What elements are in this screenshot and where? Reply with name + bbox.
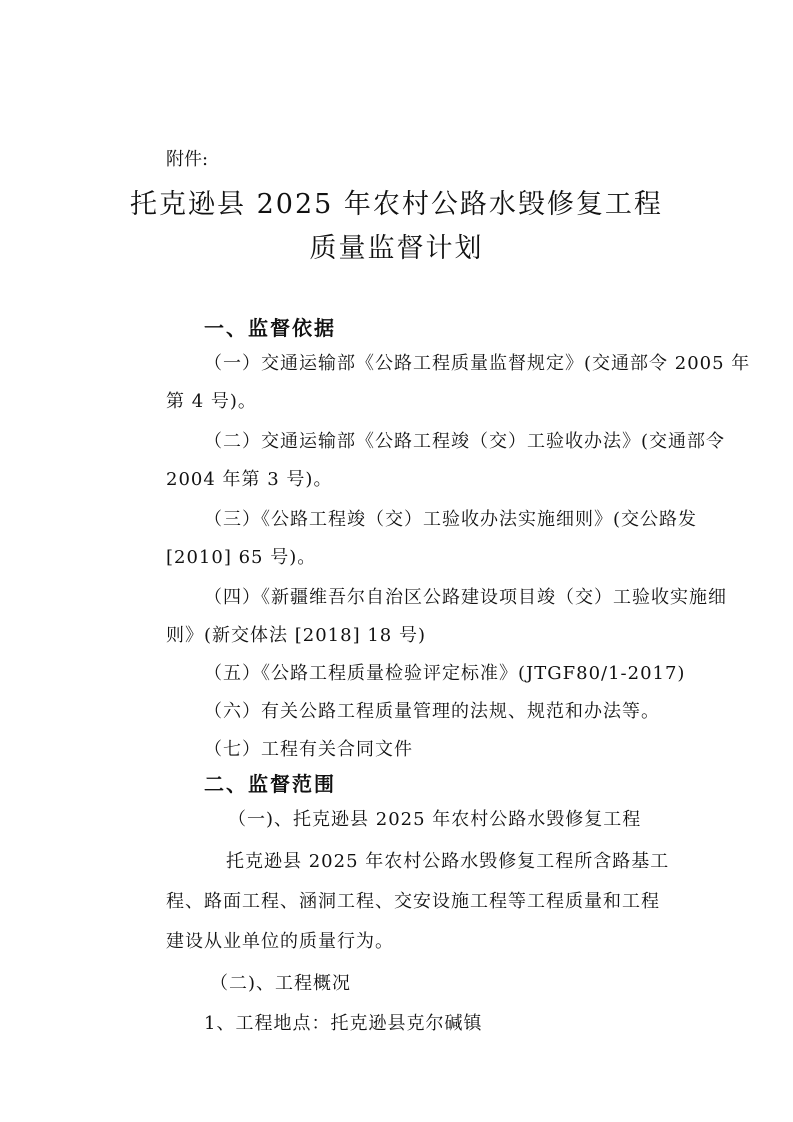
document-title-line-1: 托克逊县 2025 年农村公路水毁修复工程 <box>0 188 793 222</box>
scope-paragraph-line-1: 托克逊县 2025 年农村公路水毁修复工程所含路基工 <box>226 850 669 874</box>
basis-item-1-line-1: （一）交通运输部《公路工程质量监督规定》(交通部令 2005 年 <box>204 352 750 376</box>
basis-item-1-line-2: 第 4 号)。 <box>166 390 257 414</box>
project-location: 1、工程地点：托克逊县克尔碱镇 <box>204 1012 482 1036</box>
scope-paragraph-line-3: 建设从业单位的质量行为。 <box>166 930 394 954</box>
basis-item-3-line-1: （三）《公路工程竣（交）工验收办法实施细则》(交公路发 <box>204 508 697 532</box>
basis-item-7: （七）工程有关合同文件 <box>204 738 413 762</box>
document-page: 附件: 托克逊县 2025 年农村公路水毁修复工程 质量监督计划 一、监督依据 … <box>0 0 793 1122</box>
basis-item-2-line-2: 2004 年第 3 号)。 <box>166 468 332 492</box>
scope-subsection-1-heading: （一)、托克逊县 2025 年农村公路水毁修复工程 <box>228 808 641 832</box>
section-heading-basis: 一、监督依据 <box>204 316 336 340</box>
document-title-line-2: 质量监督计划 <box>0 232 793 266</box>
basis-item-5: （五）《公路工程质量检验评定标准》(JTGF80/1-2017) <box>204 662 685 686</box>
scope-subsection-2-heading: （二)、工程概况 <box>210 972 351 996</box>
basis-item-2-line-1: （二）交通运输部《公路工程竣（交）工验收办法》(交通部令 <box>204 430 725 454</box>
scope-paragraph-line-2: 程、路面工程、涵洞工程、交安设施工程等工程质量和工程 <box>166 890 660 914</box>
section-heading-scope: 二、监督范围 <box>204 772 336 796</box>
basis-item-6: （六）有关公路工程质量管理的法规、规范和办法等。 <box>204 700 660 724</box>
basis-item-3-line-2: [2010] 65 号)。 <box>166 546 316 570</box>
basis-item-4-line-1: （四）《新疆维吾尔自治区公路建设项目竣（交）工验收实施细 <box>204 586 727 610</box>
basis-item-4-line-2: 则》(新交体法 [2018] 18 号) <box>166 624 426 648</box>
attachment-label: 附件: <box>166 148 208 172</box>
